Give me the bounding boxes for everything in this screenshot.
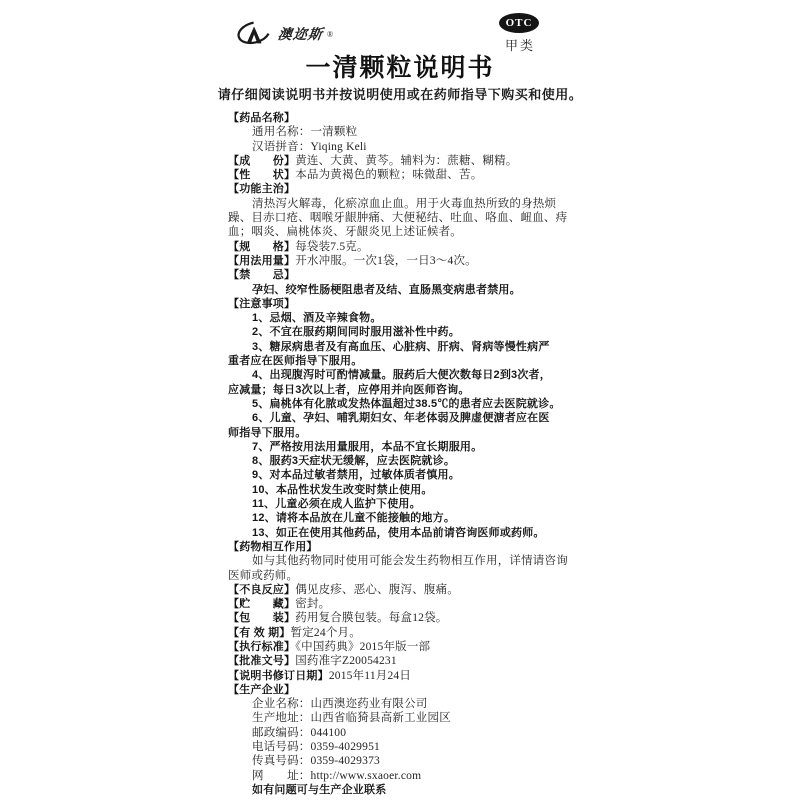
body-line: 【生产企业】 bbox=[228, 683, 582, 697]
body-line: 传真号码：0359-4029373 bbox=[228, 754, 582, 768]
body-line: 6、儿童、孕妇、哺乳期妇女、年老体弱及脾虚便溏者应在医 bbox=[228, 411, 582, 425]
brand-name: 澳迩斯 bbox=[277, 24, 325, 44]
body-line: 【说明书修订日期】2015年11月24日 bbox=[228, 669, 582, 683]
section-label: 【功能主治】 bbox=[228, 183, 295, 195]
body-line: 4、出现腹泻时可酌情减量。服药后大便次数每日2到3次者， bbox=[228, 368, 582, 382]
body-line: 【禁 忌】 bbox=[228, 268, 582, 282]
body-line: 邮政编码：044100 bbox=[228, 726, 582, 740]
body-line: 网 址：http://www.sxaoer.com bbox=[228, 769, 582, 783]
section-label: 【有 效 期】 bbox=[228, 627, 291, 639]
section-label: 【规 格】 bbox=[228, 241, 295, 253]
body-line: 9、对本品过敏者禁用，过敏体质者慎用。 bbox=[228, 468, 582, 482]
leaflet-page: 澳迩斯® OTC 甲类 一清颗粒说明书 请仔细阅读说明书并按说明使用或在药师指导… bbox=[0, 0, 800, 800]
body-line: 应减量；每日3次以上者，应停用并向医师咨询。 bbox=[228, 383, 582, 397]
body-line: 【批准文号】国药准字Z20054231 bbox=[228, 654, 582, 668]
body-line: 11、儿童必须在成人监护下使用。 bbox=[228, 497, 582, 511]
section-label: 【生产企业】 bbox=[228, 684, 295, 696]
section-label: 【贮 藏】 bbox=[228, 598, 295, 610]
body-line: 企业名称：山西澳迩药业有限公司 bbox=[228, 697, 582, 711]
section-label: 【用法用量】 bbox=[228, 255, 295, 267]
body-line: 10、本品性状发生改变时禁止使用。 bbox=[228, 483, 582, 497]
body-line: 清热泻火解毒，化瘀凉血止血。用于火毒血热所致的身热烦 bbox=[228, 197, 582, 211]
section-label: 【禁 忌】 bbox=[228, 269, 295, 281]
leaflet-body: 【药品名称】通用名称：一清颗粒汉语拼音：Yiqing Keli【成 份】黄连、大… bbox=[228, 111, 582, 797]
body-line: 【功能主治】 bbox=[228, 182, 582, 196]
registered-mark: ® bbox=[327, 30, 333, 39]
body-line: 7、严格按用法用量服用，本品不宜长期服用。 bbox=[228, 440, 582, 454]
section-label: 【包 装】 bbox=[228, 612, 295, 624]
body-line: 【药品名称】 bbox=[228, 111, 582, 125]
section-label: 【药品名称】 bbox=[228, 112, 295, 124]
body-line: 如与其他药物同时使用可能会发生药物相互作用，详情请咨询 bbox=[228, 554, 582, 568]
body-line: 12、请将本品放在儿童不能接触的地方。 bbox=[228, 511, 582, 525]
section-label: 【批准文号】 bbox=[228, 655, 295, 667]
body-line: 师指导下服用。 bbox=[228, 426, 582, 440]
body-line: 医师或药师。 bbox=[228, 569, 582, 583]
section-label: 【执行标准】 bbox=[228, 641, 295, 653]
section-label: 【注意事项】 bbox=[228, 298, 295, 310]
body-line: 躁、目赤口疮、咽喉牙龈肿痛、大便秘结、吐血、咯血、衄血、痔 bbox=[228, 211, 582, 225]
body-line: 孕妇、绞窄性肠梗阻患者及结、直肠黑变病患者禁用。 bbox=[228, 283, 582, 297]
brand-logo: 澳迩斯® bbox=[236, 20, 333, 48]
body-line: 血；咽炎、扁桃体炎、牙龈炎见上述证候者。 bbox=[228, 225, 582, 239]
body-line: 【注意事项】 bbox=[228, 297, 582, 311]
section-label: 【药物相互作用】 bbox=[228, 541, 318, 553]
body-line: 【规 格】每袋装7.5克。 bbox=[228, 240, 582, 254]
body-line: 电话号码：0359-4029951 bbox=[228, 740, 582, 754]
body-line: 【药物相互作用】 bbox=[228, 540, 582, 554]
body-line: 5、扁桃体有化脓或发热体温超过38.5℃的患者应去医院就诊。 bbox=[228, 397, 582, 411]
body-line: 生产地址：山西省临猗县高新工业园区 bbox=[228, 711, 582, 725]
section-label: 【不良反应】 bbox=[228, 584, 295, 596]
body-line: 【成 份】黄连、大黄、黄芩。辅料为：蔗糖、糊精。 bbox=[228, 154, 582, 168]
body-line: 1、忌烟、酒及辛辣食物。 bbox=[228, 311, 582, 325]
subtitle: 请仔细阅读说明书并按说明使用或在药师指导下购买和使用。 bbox=[0, 84, 800, 103]
body-line: 重者应在医师指导下服用。 bbox=[228, 354, 582, 368]
body-line: 【不良反应】偶见皮疹、恶心、腹泻、腹痛。 bbox=[228, 583, 582, 597]
body-line: 通用名称：一清颗粒 bbox=[228, 125, 582, 139]
section-label: 【成 份】 bbox=[228, 155, 295, 167]
body-line: 【执行标准】《中国药典》2015年版一部 bbox=[228, 640, 582, 654]
body-line: 【有 效 期】暂定24个月。 bbox=[228, 626, 582, 640]
body-line: 汉语拼音：Yiqing Keli bbox=[228, 140, 582, 154]
otc-badge: OTC bbox=[499, 13, 539, 33]
body-line: 【用法用量】开水冲服。一次1袋，一日3～4次。 bbox=[228, 254, 582, 268]
brand-logo-icon bbox=[236, 20, 274, 48]
body-line: 【性 状】本品为黄褐色的颗粒；味微甜、苦。 bbox=[228, 168, 582, 182]
section-label: 【性 状】 bbox=[228, 169, 295, 181]
section-label: 【说明书修订日期】 bbox=[228, 670, 329, 682]
body-line: 【包 装】药用复合膜包装。每盒12袋。 bbox=[228, 611, 582, 625]
page-title: 一清颗粒说明书 bbox=[0, 48, 800, 84]
body-line: 13、如正在使用其他药品，使用本品前请咨询医师或药师。 bbox=[228, 526, 582, 540]
body-line: 2、不宜在服药期间同时服用滋补性中药。 bbox=[228, 325, 582, 339]
body-line: 8、服药3天症状无缓解，应去医院就诊。 bbox=[228, 454, 582, 468]
body-line: 3、糖尿病患者及有高血压、心脏病、肝病、肾病等慢性病严 bbox=[228, 340, 582, 354]
body-line: 如有问题可与生产企业联系 bbox=[228, 783, 582, 797]
body-line: 【贮 藏】密封。 bbox=[228, 597, 582, 611]
